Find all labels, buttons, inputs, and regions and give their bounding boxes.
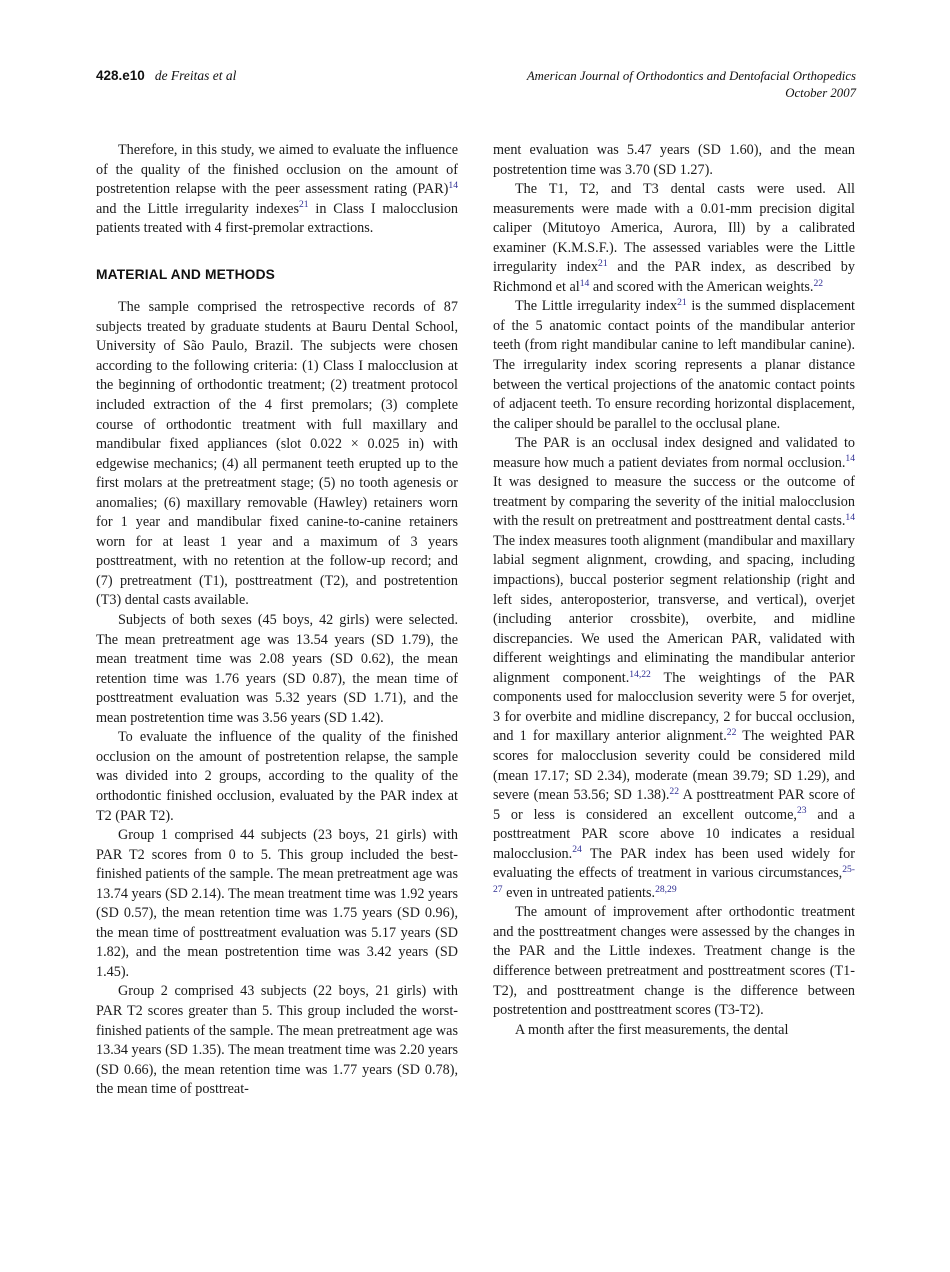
paragraph: The amount of improvement after orthodon…	[493, 903, 855, 1020]
journal-page: 428.e10 de Freitas et al American Journa…	[0, 0, 950, 1272]
right-column: ment evaluation was 5.47 years (SD 1.60)…	[493, 141, 855, 1100]
paragraph: Group 1 comprised 44 subjects (23 boys, …	[96, 826, 458, 982]
reference-link[interactable]: 14	[580, 278, 590, 289]
section-heading: MATERIAL AND METHODS	[96, 265, 458, 285]
reference-link[interactable]: 14	[448, 180, 458, 191]
paragraph: The sample comprised the retrospective r…	[96, 298, 458, 611]
reference-link[interactable]: 14	[845, 453, 855, 464]
left-column: Therefore, in this study, we aimed to ev…	[96, 141, 458, 1100]
reference-link[interactable]: 21	[677, 297, 687, 308]
reference-link[interactable]: 22	[727, 727, 737, 738]
article-body: Therefore, in this study, we aimed to ev…	[96, 141, 855, 1100]
paragraph: A month after the first measurements, th…	[493, 1021, 855, 1041]
paragraph: The PAR is an occlusal index designed an…	[493, 434, 855, 903]
journal-name: American Journal of Orthodontics and Den…	[527, 68, 856, 85]
authors-label: de Freitas et al	[155, 68, 237, 84]
paragraph: ment evaluation was 5.47 years (SD 1.60)…	[493, 141, 855, 180]
reference-link[interactable]: 21	[598, 258, 608, 269]
reference-link[interactable]: 21	[299, 199, 309, 210]
running-head-left: 428.e10 de Freitas et al	[96, 68, 236, 84]
running-head-right: American Journal of Orthodontics and Den…	[527, 68, 856, 101]
paragraph: Group 2 comprised 43 subjects (22 boys, …	[96, 982, 458, 1099]
page-number-label: 428.e10	[96, 68, 145, 83]
running-head: 428.e10 de Freitas et al American Journa…	[96, 68, 856, 101]
reference-link[interactable]: 14,22	[629, 669, 651, 680]
reference-link[interactable]: 23	[797, 805, 807, 816]
paragraph: The T1, T2, and T3 dental casts were use…	[493, 180, 855, 297]
reference-link[interactable]: 22	[669, 786, 679, 797]
reference-link[interactable]: 14	[845, 512, 855, 523]
reference-link[interactable]: 24	[572, 844, 582, 855]
issue-date: October 2007	[527, 85, 856, 102]
paragraph: Subjects of both sexes (45 boys, 42 girl…	[96, 611, 458, 728]
paragraph: To evaluate the influence of the quality…	[96, 728, 458, 826]
paragraph: Therefore, in this study, we aimed to ev…	[96, 141, 458, 239]
reference-link[interactable]: 28,29	[655, 884, 677, 895]
paragraph: The Little irregularity index21 is the s…	[493, 297, 855, 434]
reference-link[interactable]: 22	[813, 278, 823, 289]
